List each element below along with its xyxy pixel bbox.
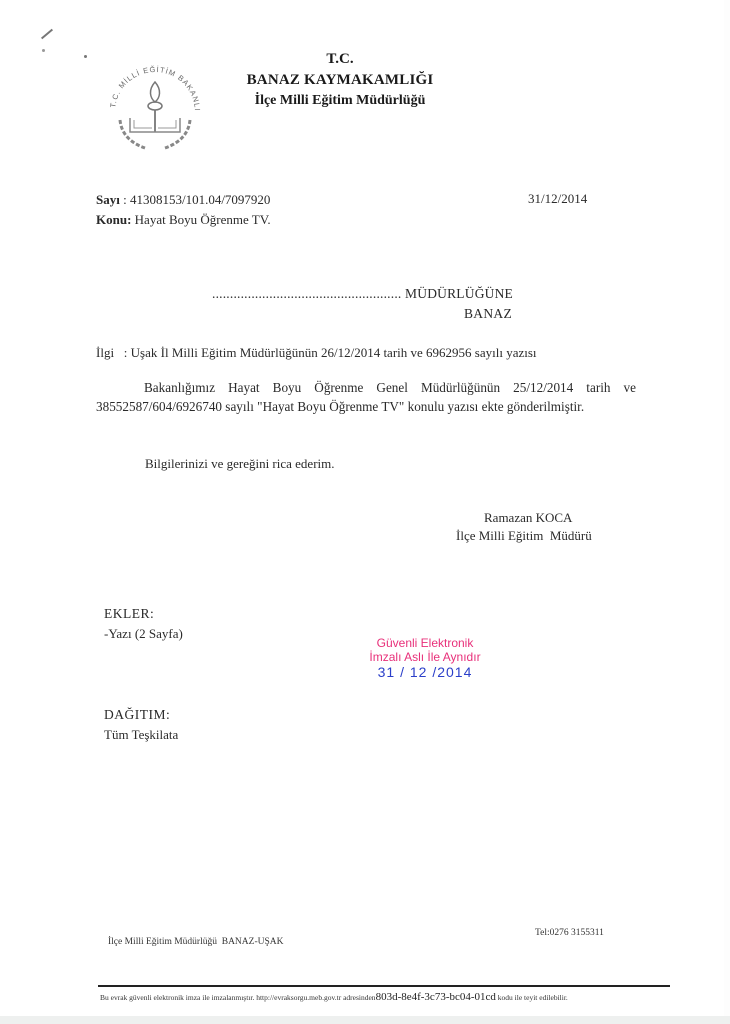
distribution-heading: DAĞITIM:: [104, 707, 170, 723]
stamp-line-2: İmzalı Aslı İle Aynıdır: [340, 650, 510, 664]
scan-mark: [42, 49, 45, 52]
addressee-line: ........................................…: [212, 286, 513, 302]
svg-text:T.C. MİLLİ EĞİTİM BAKANLIĞI: T.C. MİLLİ EĞİTİM BAKANLIĞI: [100, 60, 202, 112]
scan-edge: [0, 1016, 730, 1024]
verification-note: Bu evrak güvenli elektronik imza ile imz…: [100, 991, 568, 1003]
stamp-date: 31 / 12 /2014: [340, 664, 510, 680]
stamp-line-1: Güvenli Elektronik: [340, 636, 510, 650]
header-tc: T.C.: [220, 51, 460, 68]
konu-value: Hayat Boyu Öğrenme TV.: [135, 212, 271, 227]
distribution-item: Tüm Teşkilata: [104, 727, 178, 743]
verification-code: 803d-8e4f-3c73-bc04-01cd: [376, 991, 496, 1003]
subject: Konu: Hayat Boyu Öğrenme TV.: [96, 212, 271, 228]
verification-suffix: kodu ile teyit edilebilir.: [496, 993, 568, 1002]
footer-phone: Tel:0276 3155311: [535, 928, 604, 938]
footer-divider: [98, 985, 670, 987]
ministry-logo-icon: T.C. MİLLİ EĞİTİM BAKANLIĞI: [100, 60, 210, 155]
attachments-heading: EKLER:: [104, 606, 154, 622]
e-signature-stamp: Güvenli Elektronik İmzalı Aslı İle Aynıd…: [340, 636, 510, 680]
sayi-label: Sayı: [96, 192, 120, 207]
header-directorate: İlçe Milli Eğitim Müdürlüğü: [220, 93, 460, 109]
closing-line: Bilgilerinizi ve gereğini rica ederim.: [145, 456, 335, 472]
header-authority: BANAZ KAYMAKAMLIĞI: [220, 72, 460, 89]
scan-mark: [41, 29, 53, 40]
footer-address: İlçe Milli Eğitim Müdürlüğü BANAZ-UŞAK: [108, 937, 283, 947]
body-paragraph: Bakanlığımız Hayat Boyu Öğrenme Genel Mü…: [96, 378, 636, 416]
sayi-value: : 41308153/101.04/7097920: [123, 192, 270, 207]
attachment-item: -Yazı (2 Sayfa): [104, 626, 183, 642]
reference-line: İlgi : Uşak İl Milli Eğitim Müdürlüğünün…: [96, 345, 537, 361]
scan-mark: [84, 55, 87, 58]
konu-label: Konu:: [96, 212, 131, 227]
signatory-name: Ramazan KOCA: [484, 510, 572, 526]
document-date: 31/12/2014: [528, 191, 587, 207]
reference-number: Sayı : 41308153/101.04/7097920: [96, 192, 270, 208]
addressee-location: BANAZ: [464, 306, 512, 322]
verification-prefix: Bu evrak güvenli elektronik imza ile imz…: [100, 993, 376, 1002]
document-page: T.C. MİLLİ EĞİTİM BAKANLIĞI T.C. BANAZ K…: [0, 0, 724, 1016]
signatory-title: İlçe Milli Eğitim Müdürü: [456, 528, 592, 544]
